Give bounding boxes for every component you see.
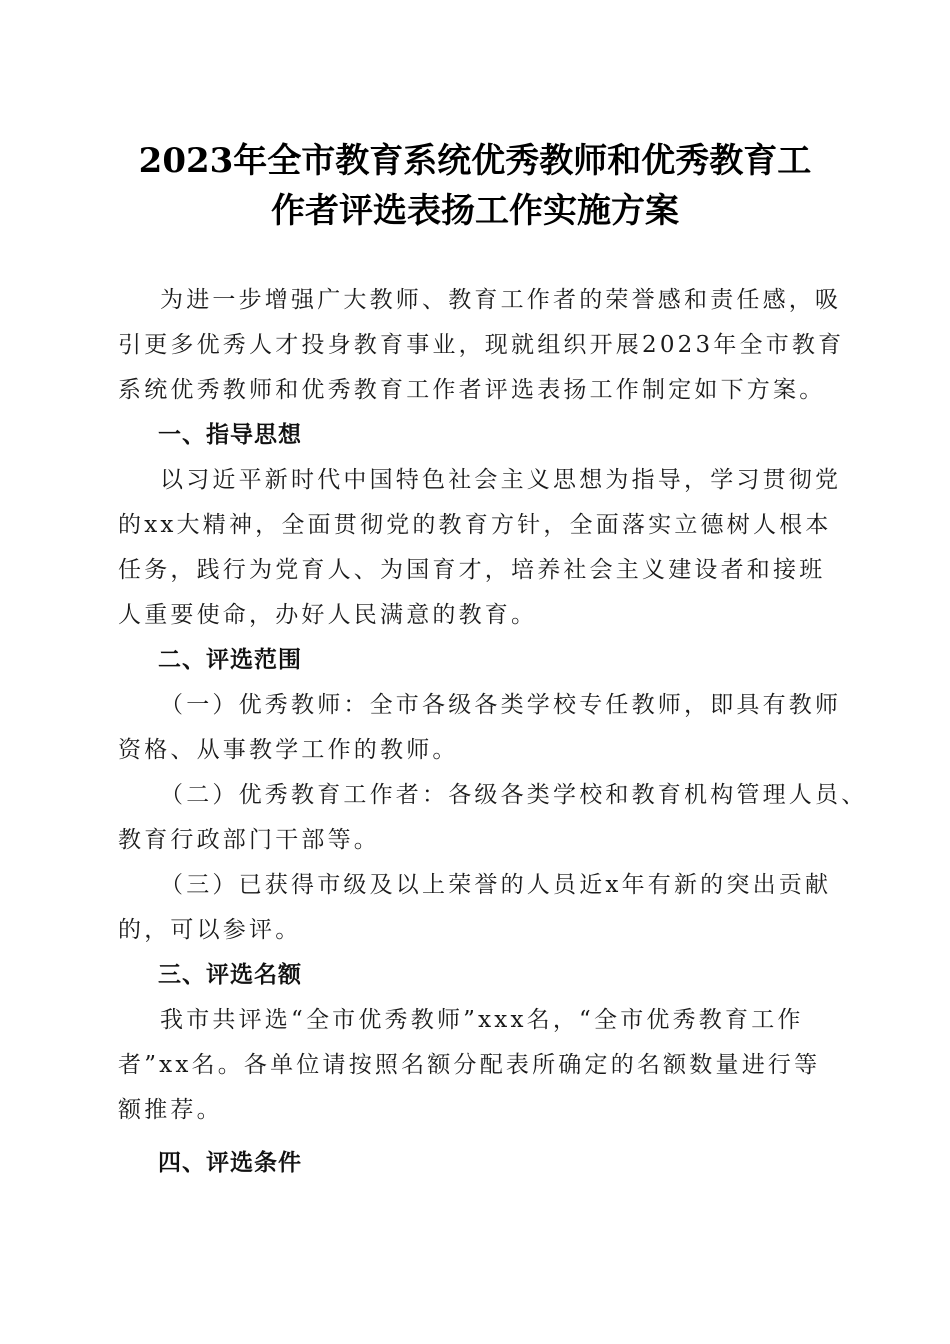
paragraph-line: 额推荐。 [118,1088,830,1133]
title-line-1: 2023年全市教育系统优秀教师和优秀教育工 [100,136,850,186]
section-paragraph: （三）已获得市级及以上荣誉的人员近x年有新的突出贡献 的，可以参评。 [118,863,830,953]
paragraph-line: 引更多优秀人才投身教育事业，现就组织开展2023年全市教育 [118,323,830,368]
paragraph-line: 教育行政部门干部等。 [118,818,830,863]
paragraph-line: 资格、从事教学工作的教师。 [118,728,830,773]
section-heading-selection-criteria: 四、评选条件 [118,1141,830,1186]
paragraph-line: 任务，践行为党育人、为国育才，培养社会主义建设者和接班 [118,548,830,593]
paragraph-line: 为进一步增强广大教师、教育工作者的荣誉感和责任感，吸 [118,278,830,323]
section-heading-selection-scope: 二、评选范围 [118,638,830,683]
document-body: 为进一步增强广大教师、教育工作者的荣誉感和责任感，吸 引更多优秀人才投身教育事业… [118,278,830,1186]
section-paragraph: 以习近平新时代中国特色社会主义思想为指导，学习贯彻党 的xx大精神，全面贯彻党的… [118,458,830,638]
intro-paragraph: 为进一步增强广大教师、教育工作者的荣誉感和责任感，吸 引更多优秀人才投身教育事业… [118,278,830,413]
section-heading-guiding-ideology: 一、指导思想 [118,413,830,458]
section-paragraph: 我市共评选“全市优秀教师”xxx名，“全市优秀教育工作 者”xx名。各单位请按照… [118,998,830,1133]
section-heading-selection-quota: 三、评选名额 [118,953,830,998]
paragraph-line: 系统优秀教师和优秀教育工作者评选表扬工作制定如下方案。 [118,368,830,413]
paragraph-line: 的，可以参评。 [118,908,830,953]
title-line-2: 作者评选表扬工作实施方案 [100,186,850,236]
paragraph-line: 以习近平新时代中国特色社会主义思想为指导，学习贯彻党 [118,458,830,503]
paragraph-line: 的xx大精神，全面贯彻党的教育方针，全面落实立德树人根本 [118,503,830,548]
document-title: 2023年全市教育系统优秀教师和优秀教育工 作者评选表扬工作实施方案 [100,136,850,236]
spacer [118,1133,830,1141]
section-paragraph: （二）优秀教育工作者：各级各类学校和教育机构管理人员、 教育行政部门干部等。 [118,773,830,863]
paragraph-line: （三）已获得市级及以上荣誉的人员近x年有新的突出贡献 [118,863,830,908]
paragraph-line: 者”xx名。各单位请按照名额分配表所确定的名额数量进行等 [118,1043,830,1088]
paragraph-line: （一）优秀教师：全市各级各类学校专任教师，即具有教师 [118,683,830,728]
section-paragraph: （一）优秀教师：全市各级各类学校专任教师，即具有教师 资格、从事教学工作的教师。 [118,683,830,773]
paragraph-line: 人重要使命，办好人民满意的教育。 [118,593,830,638]
paragraph-line: （二）优秀教育工作者：各级各类学校和教育机构管理人员、 [118,773,830,818]
document-page: 2023年全市教育系统优秀教师和优秀教育工 作者评选表扬工作实施方案 为进一步增… [0,0,950,1344]
paragraph-line: 我市共评选“全市优秀教师”xxx名，“全市优秀教育工作 [118,998,830,1043]
